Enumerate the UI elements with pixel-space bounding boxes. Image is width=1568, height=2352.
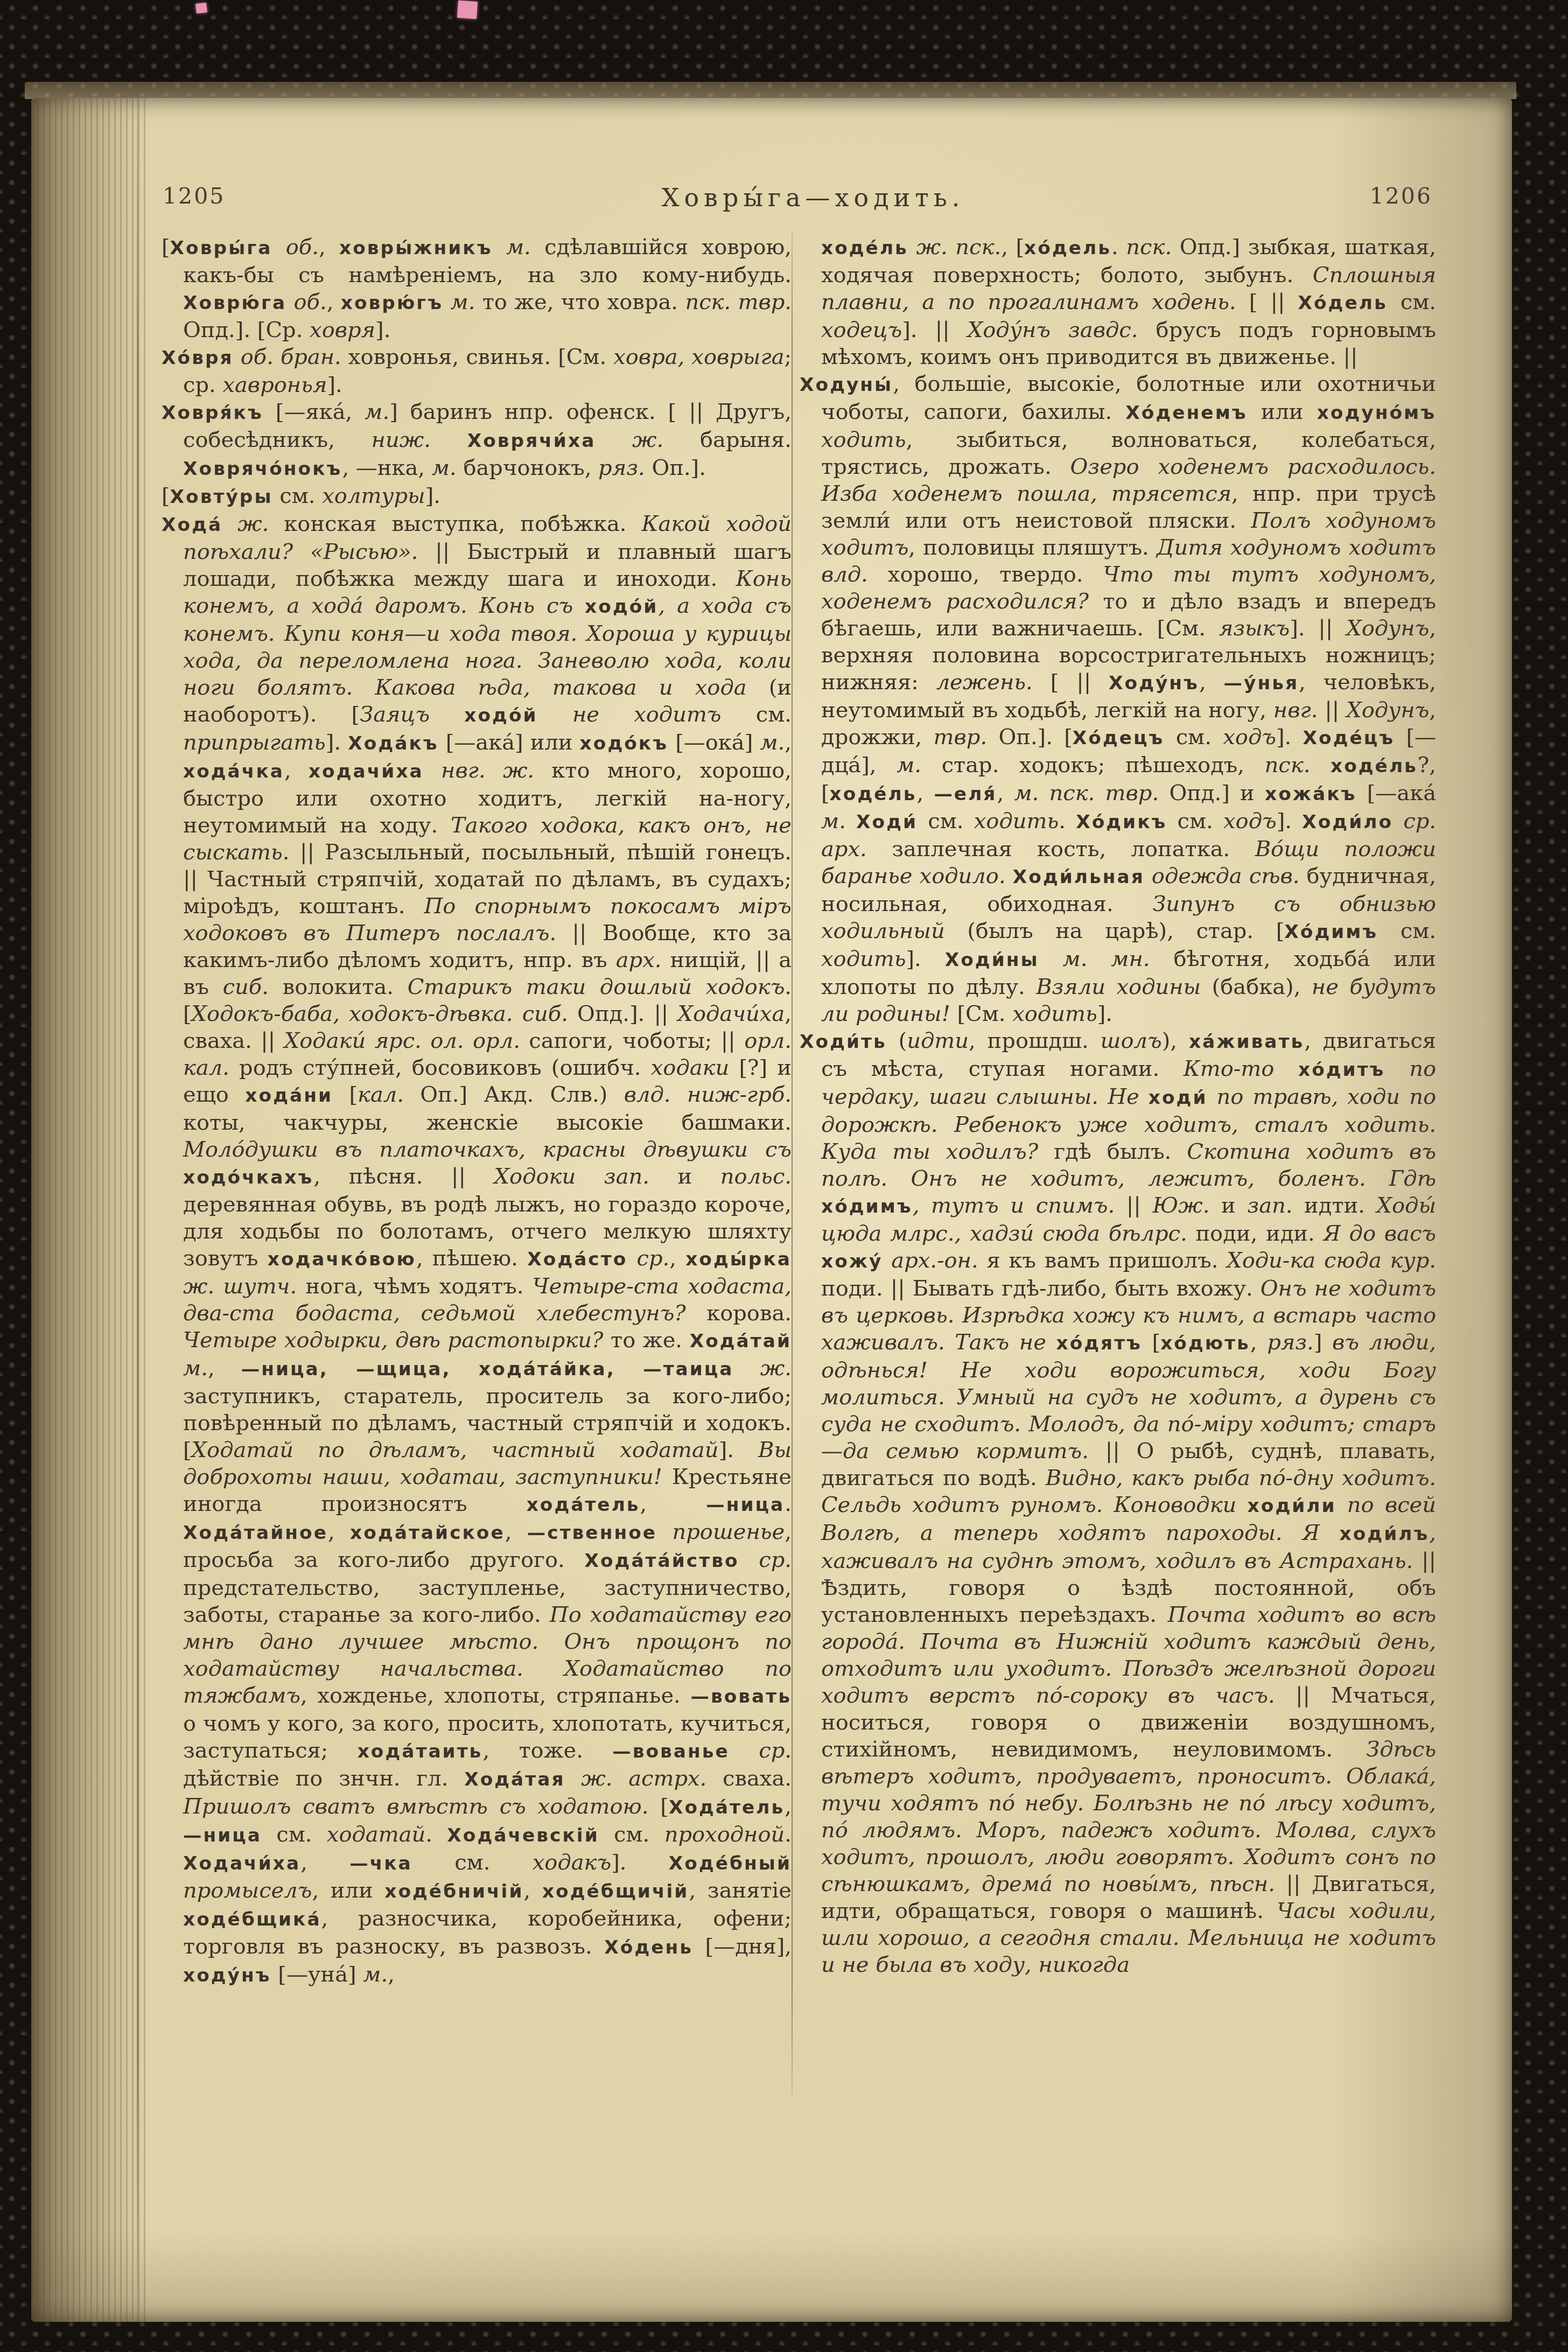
headword-text: ходе́бничій [384,1881,523,1902]
entry-text: Оп.]. [ [987,725,1073,750]
pink-tab-marker [457,1,478,19]
headword-text: Хо́день [604,1937,693,1958]
entry-text: ] [1314,1330,1332,1355]
entry-text: Опд.]. [Ср. [183,318,310,342]
headword-text: Ходи́льная [1013,866,1145,888]
entry-text: , [327,290,341,314]
entry-text: [См. [950,1002,1012,1026]
entry-text: [ [648,1794,669,1819]
entry-text: ]. [375,318,390,342]
headword-text: хода́тайское [350,1522,505,1544]
headword-text: Ходи́ло [1302,811,1393,833]
entry-text: , тоже. [482,1738,612,1763]
entry-text: . [785,1822,792,1847]
entry-text: Я до васъ [1323,1221,1436,1246]
entry-text: ходъ [1223,809,1277,834]
entry-text: польс. [720,1164,792,1189]
entry-text: ходецъ [821,318,902,342]
entry-text: Кто-то [1184,1056,1298,1081]
entry-text: ходъ [1223,725,1276,750]
entry-text: пск. твр. [685,290,792,314]
headword-text: Ходи́ны [945,949,1039,971]
headword-text: Ховрячи́ха [467,430,596,452]
entry-text: , [1250,1330,1267,1355]
entry-text: м. [365,400,389,424]
entry-text: идти [907,1028,969,1053]
headword-text: —ница [706,1494,785,1516]
entry-text: , [785,1794,792,1819]
entry-text: [ [162,235,170,260]
headword-text: Хода́та́йство [584,1550,739,1572]
entry-text: [ [183,1002,192,1026]
entry-text: арх.-он. [883,1248,978,1273]
entry-text: см. [918,809,974,834]
headword-text: Ходачи́ха [183,1853,300,1874]
entry-text: , [284,758,309,783]
page-title: Ховры́га—ходить. [162,183,1465,212]
entry-text: лежень. [936,670,1033,695]
entry-text: и [1209,1193,1247,1218]
entry-text: . [425,1822,447,1847]
entry-text: ховря [310,318,375,342]
entry-text: Старикъ таки дошлый ходокъ. [408,975,792,999]
entry-text: ]. [425,484,440,508]
headword-text: ходо́й [585,596,658,618]
entry-text: припрыгать [183,730,326,755]
entry-text: гдѣ былъ. [1038,1139,1187,1164]
entry-text: ходить [821,947,906,971]
headword-text: —ственное [527,1522,657,1544]
entry-text: , занятіе [689,1878,792,1903]
entry-text: об. [272,235,319,260]
dictionary-entry: ходе́ль ж. пск., [хо́дель. пск. Опд.] зы… [800,234,1436,370]
entry-text: см. [273,484,323,508]
entry-text: , [1199,670,1224,695]
entry-text: ]. [326,730,348,755]
entry-text: ходить [1012,1002,1097,1026]
entry-text: сапоги, чоботы; || [520,1028,744,1053]
entry-text: ж. [596,428,663,452]
headword-text: ходе́бщика́ [183,1909,321,1930]
entry-text: или [1248,400,1317,424]
headword-text: Хо́децъ [1073,727,1165,749]
entry-text: , тутъ и спимъ. [913,1193,1115,1218]
headword-text: ходо́й [464,705,537,726]
entry-text: Ходи-ка сюда кур. [1227,1248,1436,1273]
headword-text: хо́димъ [821,1196,913,1217]
headword-text: ховрю́гъ [341,292,443,314]
headword-text: —чка [349,1853,412,1874]
headword-text: хода́таить [358,1741,483,1762]
headword-text: Ховря́къ [162,402,263,424]
entry-text: (былъ на царѣ), стар. [ [945,919,1285,943]
entry-text: [ [1142,1330,1160,1355]
headword-text: —вовать [691,1686,792,1707]
headword-text: ходи́ли [1248,1495,1336,1517]
entry-text: ( [887,1028,907,1053]
entry-text: я къ вамъ пришолъ. [978,1248,1227,1273]
entry-text: ходакъ [533,1850,611,1875]
entry-text: поди, иди. [1187,1221,1324,1246]
entry-text: [—ака́ [1356,781,1436,806]
headword-text: Хода́тайное [183,1522,328,1544]
headword-text: —ница [183,1825,262,1846]
headword-text: Ховры́га [170,237,272,259]
entry-text: ]. [611,1850,669,1875]
entry-text: (бабка), [1201,975,1312,999]
entry-text: хавронья [222,373,327,397]
entry-text: ходить [821,428,906,452]
entry-text: ниж. [372,428,431,452]
entry-text: Опд.]. || [568,1002,677,1026]
entry-text: конская выступка, побѣжка. [269,512,641,536]
entry-text: прошенье [657,1520,785,1544]
headword-text: Ходе́бный [669,1853,792,1874]
entry-text: Ходунъ [1346,698,1429,723]
entry-text: дѣйствіе по знчн. гл. [183,1766,464,1791]
entry-text: , [300,1850,349,1875]
entry-text: [—дня], [693,1934,792,1959]
entry-text [431,428,467,452]
entry-text: нвг. [1273,698,1318,723]
entry-text: м. [493,235,531,260]
dictionary-entry: Хо́вря об. бран. ховронья, свинья. [См. … [162,344,792,398]
entry-text: Пришолъ сватъ вмѣстѣ съ ходатою. [183,1794,648,1819]
entry-text: хорошо, твердо. [868,562,1103,587]
entry-text: нога, чѣмъ ходятъ. [297,1274,533,1299]
entry-text: . [1111,235,1126,260]
entry-text: м. [760,730,785,755]
entry-text: ходить [974,809,1059,834]
headword-text: Ходи́ [856,811,918,833]
entry-text: Четыре ходырки, двѣ растопырки? [183,1328,603,1353]
headword-text: —вованье [612,1741,730,1762]
headword-text: ха́живать [1189,1031,1304,1053]
headword-text: хода́чка [183,761,284,782]
entry-text: [ || [1033,670,1109,695]
entry-text: , или [312,1878,384,1903]
entry-text: ходаки [651,1055,730,1080]
entry-text: промыселъ [183,1878,312,1903]
headword-text: Ходе́цъ [1303,727,1395,749]
entry-text: ]. || [902,318,968,342]
entry-text: сиб. [223,975,269,999]
headword-text: Хо́димъ [1284,921,1378,943]
entry-text: , [669,1246,685,1271]
headword-text: Хода́тель [669,1797,785,1818]
entry-text [1006,864,1013,888]
entry-text: языкъ [1219,616,1290,641]
entry-text: Оп.]. [645,456,706,480]
entry-text: м. [897,753,921,778]
entry-text: см. [1388,290,1436,314]
entry-text: об. бран. [234,345,341,369]
entry-text: , [785,730,792,755]
entry-text: см. [412,1850,533,1875]
entry-text: [—яка́, [263,400,365,424]
entry-text: Ходокъ-баба, ходокъ-дѣвка. сиб. [192,1002,568,1026]
headword-text: Хо́дель [1298,292,1387,314]
stacked-page-edges [25,82,1516,99]
entry-text: , [388,1962,395,1987]
entry-text: ходатай [327,1822,425,1847]
pink-tab-marker [195,3,207,13]
headword-text: Ховрячо́нокъ [183,458,342,480]
entry-text: коты, чакчуры, женскіе высокіе башмаки. [183,1110,792,1135]
headword-text: Хода́сто [527,1249,627,1270]
entry-text: см. [722,702,792,727]
headword-text: Хода́ [162,514,222,536]
page-fold-line [137,98,138,2322]
entry-text: см. [1378,919,1436,943]
headword-text: —ница, —щица, хода́та́йка, —таица [241,1359,734,1380]
entry-text: Ходоки зап. [494,1164,649,1189]
headword-text: ховры́жникъ [339,237,493,259]
entry-text: , [505,1520,527,1544]
entry-text: об. [286,290,327,314]
dictionary-entry: Хода́ ж. конская выступка, побѣжка. Како… [162,510,792,1989]
headword-text: Хо́денемъ [1125,402,1247,424]
headword-text: хо́дятъ [1056,1333,1142,1354]
entry-text: сваха. [706,1766,792,1791]
headword-text: ходи́ [1149,1087,1208,1109]
entry-text: м. мн. [1039,947,1150,971]
entry-text: проходной [664,1822,785,1847]
entry-text: ]. [1277,809,1303,834]
entry-text: стар. ходокъ; пѣшеходъ, [921,753,1265,778]
entry-text: зап. [1247,1193,1292,1218]
entry-text: ср. [730,1738,792,1763]
entry-text: , [328,1520,350,1544]
entry-text: , [208,1356,241,1381]
entry-text: твр. [934,725,988,750]
headword-text: Хода́тай [690,1331,792,1352]
headword-text: ходе́ль [821,237,908,259]
dictionary-entry: Ходуны́, большіе, высокіе, болотные или … [800,370,1436,1027]
entry-text: ж. [222,512,269,536]
headword-text: ходуно́мъ [1317,402,1436,424]
entry-text: [ [333,1082,358,1107]
entry-text: , [ [1001,235,1024,260]
entry-text: см. [262,1822,327,1847]
entry-text: ]. || [1290,616,1346,641]
column-divider-rule [792,232,793,2095]
entry-text: Моло́душки въ платочкахъ, красны дѣвушки… [183,1137,792,1162]
entry-text: , пѣшею. [416,1246,527,1271]
entry-text: [—уна́] [271,1962,363,1987]
entry-text: ср. [739,1548,792,1572]
entry-text: , [997,781,1014,806]
headword-text: Хода́тая [464,1769,565,1790]
entry-text: ), [1162,1028,1189,1053]
headword-text: Ходу́нъ [1109,673,1199,694]
headword-text: ходе́ль [1331,755,1418,777]
headword-text: ходе́бщичій [542,1881,689,1902]
entry-text: корова. [686,1301,792,1326]
entry-text: и [649,1164,720,1189]
headword-text: —еля́ [934,783,997,805]
entry-text: см. [599,1822,664,1847]
entry-text: . [1059,809,1076,834]
entry-text: [—ака́] или [439,730,580,755]
entry-text: ховронья, свинья. [См. [341,345,613,369]
entry-text: идти. [1292,1193,1376,1218]
entry-text: , прошдш. [969,1028,1101,1053]
headword-text: хожу́ [821,1251,883,1272]
entry-text: Ходаки́ ярс. ол. орл. [284,1028,520,1053]
dictionary-entry: Ходи́ть (идти, прошдш. шолъ), ха́живать,… [800,1027,1436,1978]
entry-text: м. [443,290,475,314]
entry-text: [ [162,484,170,508]
headword-text: Ходи́ть [800,1031,887,1053]
entry-text: поди. || Бывать гдѣ-либо, быть вхожу. [821,1276,1261,1301]
entry-text: Ходатай по дѣламъ, частный ходатай [192,1438,719,1462]
entry-text: [—ока́] [668,730,760,755]
entry-text: м. [432,456,457,480]
entry-text: ж. шутч. [183,1274,297,1299]
entry-text: , [524,1878,542,1903]
entry-text: пск. [1265,753,1311,778]
entry-text: . [785,1492,792,1516]
headword-text: Хода́къ [348,733,438,754]
entry-text: ж. [734,1356,792,1381]
entry-text: нвг. ж. [424,758,534,783]
entry-text: арх. [616,948,662,972]
headword-text: ходи́лъ [1340,1523,1430,1545]
entry-text: шолъ [1101,1028,1162,1053]
entry-text: Опд.] и [1159,781,1265,806]
headword-text: ходачко́вою [268,1249,416,1270]
headword-text: Ховрю́га [183,292,286,314]
headword-text: хо́дють [1160,1333,1250,1354]
dictionary-entry: [Ховры́га об., ховры́жникъ м. сдѣлавшійс… [162,234,792,344]
headword-text: хода́тель [527,1494,640,1516]
entry-text: , половицы пляшутъ. [908,535,1157,560]
entry-text: ]. [719,1438,758,1462]
entry-text: м. [821,809,846,834]
text-column-left: [Ховры́га об., ховры́жникъ м. сдѣлавшійс… [162,234,792,1989]
entry-text: ]. [906,947,944,971]
headword-text: Ховту́ры [170,486,273,508]
entry-text: ]. [327,373,342,397]
entry-text: || [1318,698,1346,723]
headword-text: хо́дель [1024,237,1111,259]
entry-text: , [916,781,934,806]
entry-text: м. [183,1356,208,1381]
entry-text: родъ сту́пней, босовиковъ (ошибч. [229,1055,651,1080]
entry-text: барыня. [663,428,792,452]
headword-text: ходо́чкахъ [183,1167,313,1188]
entry-text: Взяли ходины [1036,975,1201,999]
book-page: 1205 Ховры́га—ходить. 1206 [Ховры́га об.… [31,98,1512,2322]
headword-text: Хода́чевскій [447,1825,599,1846]
entry-text: , —нка, [342,456,431,480]
entry-text: ж. астрх. [565,1766,707,1791]
entry-text: , [640,1492,706,1516]
entry-text: , пѣсня. || [313,1164,494,1189]
entry-text: Ходачи́ха [677,1002,785,1026]
entry-text: ж. пск. [908,235,1001,260]
entry-text: холтуры [322,484,425,508]
gutter-shadow [31,98,147,2322]
entry-text: || [1115,1193,1152,1218]
entry-text: влд. ниж-грб. [624,1082,792,1107]
text-column-right: ходе́ль ж. пск., [хо́дель. пск. Опд.] зы… [800,234,1436,1978]
dictionary-entry: [Ховту́ры см. холтуры]. [162,482,792,510]
entry-text: , хожденье, хлопоты, стряпанье. [300,1683,691,1708]
entry-text: Заяцъ [360,702,464,727]
entry-text: одежда сѣв. [1145,864,1300,888]
entry-text: , [319,235,339,260]
entry-text: барчонокъ, [457,456,598,480]
entry-text: то же, что ховра. [475,290,685,314]
entry-text [846,809,856,834]
headword-text: хо́дитъ [1298,1059,1385,1081]
dictionary-entry: Ховря́къ [—яка́, м.] баринъ нпр. офенск.… [162,398,792,482]
entry-text: ср. [627,1246,669,1271]
headword-text: Ходуны́ [800,374,893,396]
running-head: 1205 Ховры́га—ходить. 1206 [31,183,1512,215]
entry-text: ]. [1276,725,1303,750]
entry-text: Ходунъ [1346,616,1429,641]
entry-text [1310,753,1331,778]
entry-text: м. [363,1962,388,1987]
entry-text: м. пск. твр. [1014,781,1159,806]
entry-text: не ходитъ [538,702,722,727]
entry-text: ховра, ховрыга [613,345,784,369]
entry-text: кал. [358,1082,404,1107]
headword-text: ходо́къ [580,733,668,754]
entry-text: [ || [1236,290,1298,314]
entry-text: Оп.] Акд. Слв.) [404,1082,624,1107]
page-number-right: 1206 [1370,183,1432,209]
entry-text: ]. [1097,1002,1112,1026]
headword-text: —у́нья [1224,673,1299,694]
headword-text: ходе́ль [830,783,917,805]
entry-text: ряз. [598,456,645,480]
entry-text: заплечная кость, лопатка. [867,837,1255,862]
entry-text: ряз. [1267,1330,1314,1355]
entry-text: то же. [603,1328,689,1353]
entry-text: см. [1164,725,1223,750]
entry-text: Юж. [1152,1193,1209,1218]
headword-text: Хо́вря [162,347,234,369]
headword-text: ходы́рка [685,1249,792,1270]
entry-text: Ходу́нъ завдс. [968,318,1138,342]
headword-text: ходу́нъ [183,1965,271,1986]
headword-text: Хо́дикъ [1076,811,1167,833]
entry-text: см. [1167,809,1223,834]
headword-text: хода́ни [245,1085,333,1107]
headword-text: хожа́къ [1265,783,1356,805]
book-scan: { "header": { "left_page_number": "1205"… [0,0,1568,2352]
entry-text: пск. [1126,235,1172,260]
headword-text: ходачи́ха [309,761,424,782]
entry-text: волокита. [269,975,408,999]
